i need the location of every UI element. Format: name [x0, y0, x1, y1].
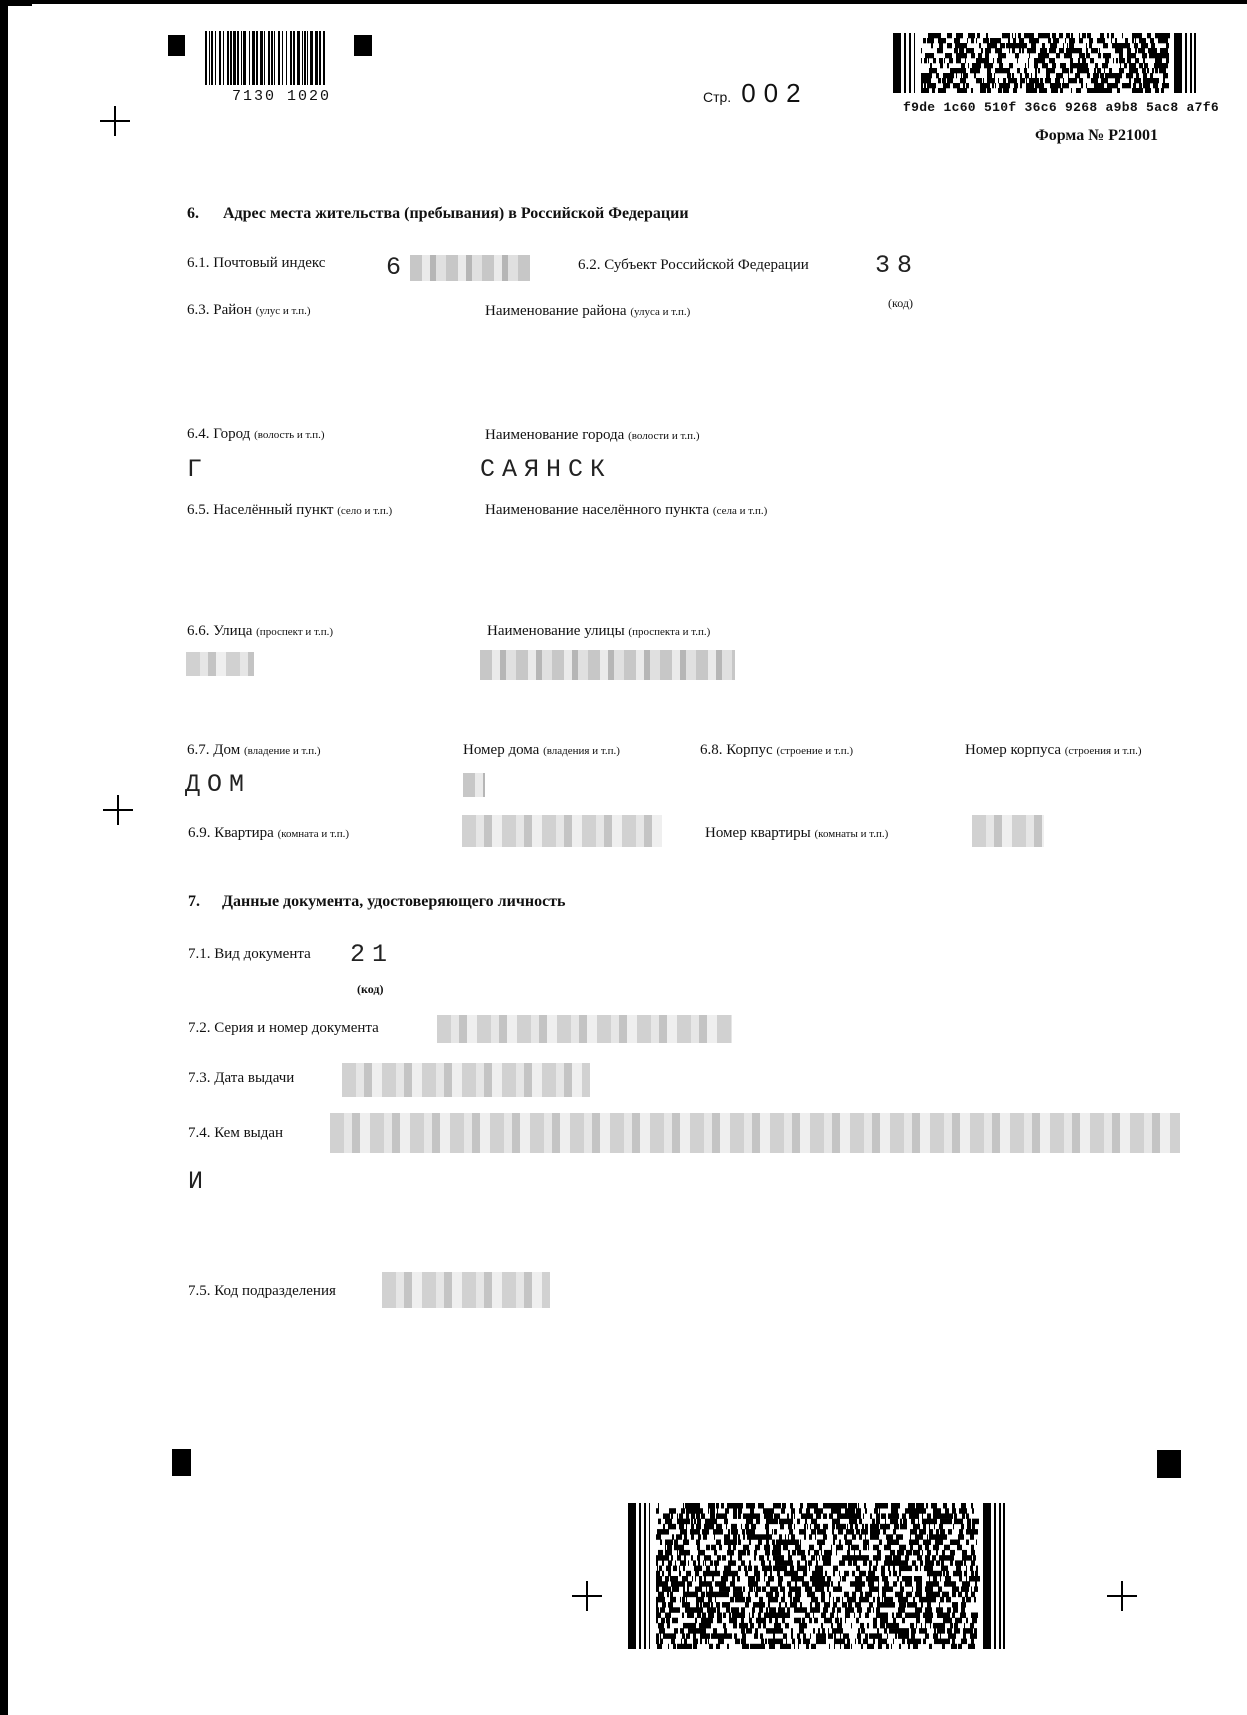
linear-barcode	[205, 31, 330, 85]
city-name-value: САЯНСК	[480, 455, 612, 484]
street-name-redacted	[480, 650, 735, 680]
street-label: 6.6. Улица (проспект и т.п.)	[187, 623, 333, 640]
scan-top-edge	[0, 0, 1247, 4]
locality-label: 6.5. Населённый пункт (село и т.п.)	[187, 502, 392, 519]
subject-code-value: 38	[875, 251, 919, 280]
doc-type-value: 21	[350, 940, 394, 969]
issue-date-label: 7.3. Дата выдачи	[188, 1070, 294, 1087]
alignment-marker-top-center	[354, 35, 372, 56]
street-type-redacted	[186, 652, 254, 676]
doc-type-code-caption: (код)	[357, 982, 383, 997]
series-number-label: 7.2. Серия и номер документа	[188, 1020, 379, 1037]
section-6-title: Адрес места жительства (пребывания) в Ро…	[223, 205, 689, 222]
2d-barcode-top	[893, 33, 1196, 93]
building-label: 6.8. Корпус (строение и т.п.)	[700, 742, 853, 759]
district-label: 6.3. Район (улус и т.п.)	[187, 302, 311, 319]
building-number-label: Номер корпуса (строения и т.п.)	[965, 742, 1142, 759]
house-label: 6.7. Дом (владение и т.п.)	[187, 742, 321, 759]
section-7-heading: 7.Данные документа, удостоверяющего личн…	[188, 893, 565, 911]
doc-type-label: 7.1. Вид документа	[188, 946, 311, 963]
locality-name-label: Наименование населённого пункта (села и …	[485, 502, 767, 519]
registration-cross-icon	[103, 795, 133, 825]
house-number-label: Номер дома (владения и т.п.)	[463, 742, 620, 759]
division-code-label: 7.5. Код подразделения	[188, 1283, 336, 1300]
apartment-type-redacted	[462, 815, 662, 847]
issued-by-redacted	[330, 1113, 1180, 1153]
city-label: 6.4. Город (волость и т.п.)	[187, 426, 325, 443]
apartment-number-redacted	[972, 815, 1044, 847]
series-number-redacted	[437, 1015, 732, 1043]
alignment-marker-bottom-left	[172, 1449, 191, 1476]
page-label: Стр.	[703, 89, 731, 105]
page-indicator: Стр. 002	[703, 78, 809, 109]
form-number: Форма № Р21001	[1035, 127, 1158, 145]
subject-code-caption: (код)	[888, 296, 913, 311]
scan-top-edge-corner	[0, 0, 32, 6]
barcode-digits: 7130 1020	[232, 88, 331, 105]
postal-code-redacted	[410, 255, 530, 281]
registration-cross-icon	[1107, 1581, 1137, 1611]
issued-by-continuation: И	[188, 1167, 210, 1196]
2d-barcode-bottom	[628, 1503, 1005, 1649]
issue-date-redacted	[342, 1063, 590, 1097]
district-name-label: Наименование района (улуса и т.п.)	[485, 303, 690, 320]
section-7-title: Данные документа, удостоверяющего личнос…	[222, 893, 565, 910]
section-6-heading: 6.Адрес места жительства (пребывания) в …	[187, 205, 689, 223]
page-number: 002	[741, 78, 808, 109]
division-code-redacted	[382, 1272, 550, 1308]
alignment-marker-bottom-right	[1157, 1450, 1181, 1478]
registration-cross-icon	[572, 1581, 602, 1611]
alignment-marker-top-left	[168, 35, 185, 56]
street-name-label: Наименование улицы (проспекта и т.п.)	[487, 623, 710, 640]
registration-cross-icon	[100, 106, 130, 136]
issued-by-label: 7.4. Кем выдан	[188, 1125, 283, 1142]
apartment-number-label: Номер квартиры (комнаты и т.п.)	[705, 825, 888, 842]
house-number-redacted	[463, 773, 485, 797]
hash-code: f9de 1c60 510f 36c6 9268 a9b8 5ac8 a7f6	[903, 100, 1219, 115]
postal-code-value: 6	[386, 253, 408, 282]
subject-label: 6.2. Субъект Российской Федерации	[578, 257, 809, 274]
apartment-label: 6.9. Квартира (комната и т.п.)	[188, 825, 349, 842]
city-name-label: Наименование города (волости и т.п.)	[485, 427, 700, 444]
house-type-value: ДОМ	[185, 770, 251, 799]
scan-left-edge	[0, 0, 8, 1715]
postal-code-label: 6.1. Почтовый индекс	[187, 255, 325, 272]
city-type-value: Г	[187, 455, 209, 484]
